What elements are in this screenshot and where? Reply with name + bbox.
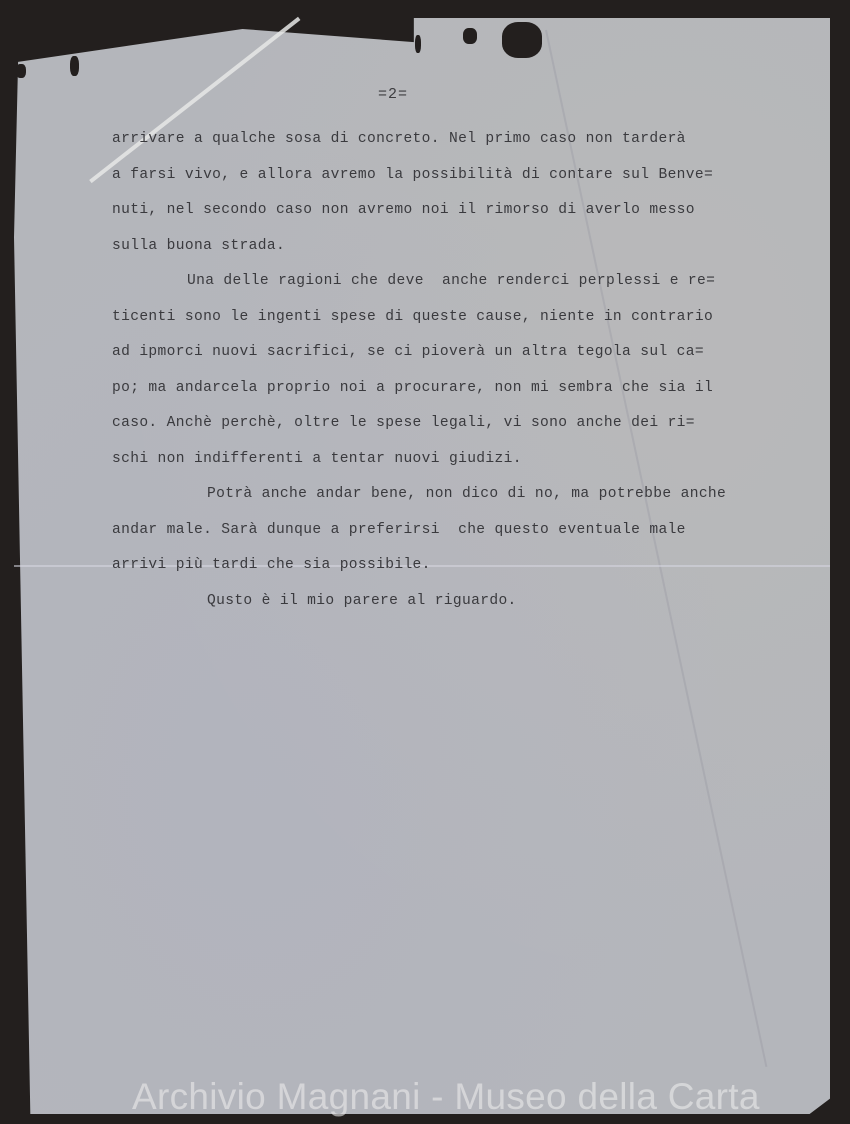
text-line: a farsi vivo, e allora avremo la possibi… xyxy=(112,158,827,194)
paragraph-4: Qusto è il mio parere al riguardo. xyxy=(112,584,827,620)
paragraph-1: arrivare a qualche sosa di concreto. Nel… xyxy=(112,122,827,264)
text-line: andar male. Sarà dunque a preferirsi che… xyxy=(112,513,827,549)
text-line: sulla buona strada. xyxy=(112,229,827,265)
text-line: arrivare a qualche sosa di concreto. Nel… xyxy=(112,122,827,158)
text-line: schi non indifferenti a tentar nuovi giu… xyxy=(112,442,827,478)
text-line: ad ipmorci nuovi sacrifici, se ci piover… xyxy=(112,335,827,371)
page-number: =2= xyxy=(378,86,408,103)
text-line: Qusto è il mio parere al riguardo. xyxy=(112,584,827,620)
text-line: caso. Anchè perchè, oltre le spese legal… xyxy=(112,406,827,442)
paper-hole xyxy=(70,56,79,76)
text-line: nuti, nel secondo caso non avremo noi il… xyxy=(112,193,827,229)
text-line: arrivi più tardi che sia possibile. xyxy=(112,548,827,584)
paper-hole xyxy=(502,22,542,58)
paper-hole xyxy=(16,64,26,78)
paragraph-2: Una delle ragioni che deve anche renderc… xyxy=(112,264,827,477)
archive-watermark: Archivio Magnani - Museo della Carta xyxy=(132,1076,760,1118)
text-line: Potrà anche andar bene, non dico di no, … xyxy=(112,477,827,513)
text-line: ticenti sono le ingenti spese di queste … xyxy=(112,300,827,336)
paragraph-3: Potrà anche andar bene, non dico di no, … xyxy=(112,477,827,584)
text-line: po; ma andarcela proprio noi a procurare… xyxy=(112,371,827,407)
typed-letter-body: arrivare a qualche sosa di concreto. Nel… xyxy=(112,122,827,619)
text-line: Una delle ragioni che deve anche renderc… xyxy=(112,264,827,300)
paper-hole xyxy=(415,35,421,53)
paper-hole xyxy=(463,28,477,44)
